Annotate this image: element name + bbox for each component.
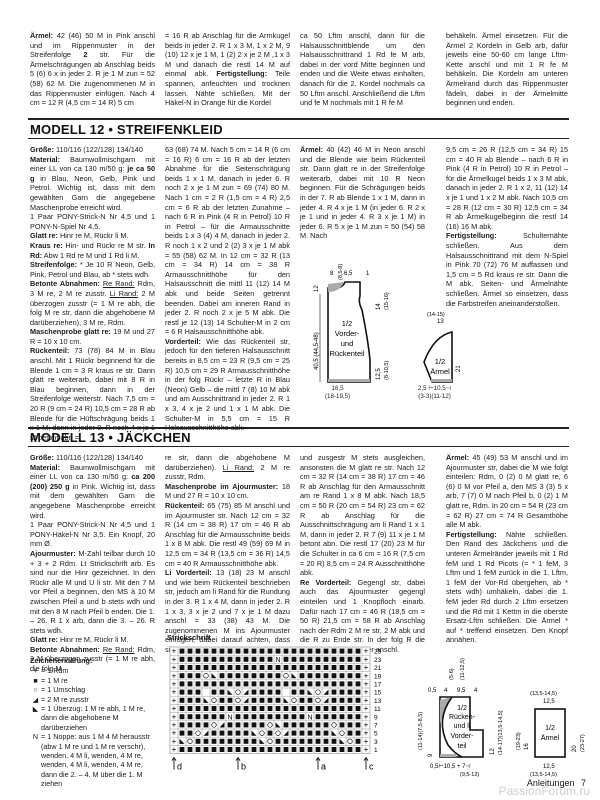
svg-text:b: b [241,762,246,772]
svg-text:und: und [341,339,354,348]
svg-text:11: 11 [374,706,381,713]
section-rule-bottom [28,138,569,139]
svg-text:+: + [364,745,369,754]
svg-text:teil: teil [458,743,467,750]
svg-text:1/2: 1/2 [545,725,555,732]
svg-text:13: 13 [374,698,382,705]
svg-text:17: 17 [374,682,382,689]
svg-text:0,5: 0,5 [428,688,437,694]
modell13-schematic-diagram: 1/2 Rücken- und li Vorder- teil 0,5 4 9,… [400,650,600,778]
svg-text:9: 9 [374,714,378,721]
svg-text:N: N [307,714,312,721]
svg-text:12,5: 12,5 [376,368,382,380]
section-rule-top [28,427,569,429]
modell13-col-2: re str, dann die abgehobene M darüberzie… [165,453,290,654]
legend-symbol-icon: ○ [30,685,41,694]
svg-text:12,5: 12,5 [543,699,555,705]
svg-text:4: 4 [474,688,478,694]
modell12-col-2: 63 (68) 74 M. Nach 5 cm = 14 R (6 cm = 1… [165,145,290,433]
svg-text:(15-16): (15-16) [384,292,390,310]
svg-text:19: 19 [374,673,382,680]
legend-item: ◣= 1 Überzug: 1 M re abh, 1 M re, dann d… [30,704,160,732]
legend-description: = 1 Überzug: 1 M re abh, 1 M re, dann di… [41,704,160,732]
top-continuation-col-2: = 16 R ab Anschlag für die Armkugel beid… [165,31,290,108]
svg-text:N: N [275,657,280,664]
section-heading-modell-13: MODELL 13 • JÄCKCHEN [30,430,191,445]
legend-description: = 1 M re [41,676,160,685]
svg-text:Ärmel: Ärmel [430,367,450,376]
svg-text:(8,5-9): (8,5-9) [338,264,344,280]
legend-symbol-icon: N [30,732,41,788]
legend-item: N= 1 Noppe: aus 1 M 4 M herausstr (abw 1… [30,732,160,788]
svg-text:9: 9 [428,753,434,757]
svg-text:(13,5-14,5): (13,5-14,5) [530,691,557,697]
svg-text:9,5: 9,5 [457,688,466,694]
svg-text:(23-27): (23-27) [580,734,586,752]
legend-item: ■= 1 M re [30,676,160,685]
legend-description: = 1 Umschlag [41,685,160,694]
top-continuation-col-4: behäkeln. Ärmel einsetzen. Für die Ärmel… [446,31,568,108]
modell12-col-1: Größe: 110/116 (122/128) 134/140Material… [30,145,155,442]
svg-text:(19-23): (19-23) [516,732,522,750]
svg-text:12,5: 12,5 [543,764,555,770]
watermark: PassionForum.ru [499,784,590,798]
modell13-col-4: Ärmel: 45 (49) 53 M anschl und im Ajourm… [446,453,568,645]
svg-text:1/2: 1/2 [342,319,352,328]
svg-text:4: 4 [444,688,448,694]
svg-text:40,5 (44,5-48): 40,5 (44,5-48) [314,332,320,370]
modell12-col-3: Ärmel: 40 (42) 46 M in Neon anschl und d… [300,145,425,241]
svg-text:14: 14 [376,303,382,310]
svg-text:Vorder-: Vorder- [335,329,360,338]
legend-title: Zeichenerklärung: [30,656,160,665]
svg-text:1/2: 1/2 [457,705,467,712]
svg-text:N: N [227,714,232,721]
svg-text:6,5: 6,5 [344,271,353,277]
legend-description: = 1 Noppe: aus 1 M 4 M herausstr (abw 1 … [41,732,160,788]
svg-text:Rückenteil: Rückenteil [329,349,364,358]
legend-symbol-icon: ◢ [30,695,41,704]
svg-text:+: + [172,745,177,754]
svg-text:1: 1 [374,747,378,754]
top-continuation-col-3: ca 50 Lftm anschl, dann für die Halsauss… [300,31,425,108]
svg-text:12: 12 [490,748,496,755]
svg-text:c: c [369,762,374,772]
legend-symbol-icon: ◣ [30,704,41,732]
svg-text:25: 25 [374,649,382,656]
top-continuation-col-1: Ärmel: 42 (46) 50 M in Pink anschl und i… [30,31,155,108]
knitting-chart-title: Strickschrift [167,633,211,642]
legend-description: = 2 M re zusstr [41,695,160,704]
svg-text:(14-15): (14-15) [427,312,445,318]
svg-text:(9,5-12): (9,5-12) [460,772,479,778]
svg-text:13: 13 [437,319,444,325]
section-heading-modell-12: MODELL 12 • STREIFENKLEID [30,122,223,137]
modell12-schematic-diagram: 1/2 Vorder- und Rückenteil 8 6,5 1 (8,5-… [300,240,460,385]
svg-text:Ärmel: Ärmel [541,734,560,742]
section-rule-top [28,118,569,120]
svg-text:0,5⊢10,5 + 7⊣: 0,5⊢10,5 + 7⊣ [430,763,471,770]
svg-text:7: 7 [374,723,378,730]
svg-text:12: 12 [314,285,320,292]
modell12-body-bottom-dims: 16,5 (18-19,5) [325,385,350,400]
svg-text:und li: und li [454,723,471,730]
modell13-col-3: und zusgestr M stets ausgleichen, ansons… [300,453,425,654]
section-rule-bottom [28,446,569,447]
svg-text:23: 23 [374,657,382,664]
knitting-chart: ++25+N+23++21++19++17++15++13++11+NN+9++… [168,645,398,795]
modell12-col-4: 9,5 cm = 26 R (12,5 cm = 34 R) 15 cm = 4… [446,145,568,308]
svg-text:1/2: 1/2 [435,357,445,366]
modell13-col-1: Größe: 110/116 (122/128) 134/140Material… [30,453,155,674]
legend-item: ◢= 2 M re zusstr [30,695,160,704]
symbol-legend: Zeichenerklärung: += 1 Rdm■= 1 M re○= 1 … [30,656,160,789]
svg-text:(14-17)(13,5-14,5): (14-17)(13,5-14,5) [498,710,504,755]
svg-text:21: 21 [374,665,382,672]
svg-text:(5-6): (5-6) [449,668,455,680]
legend-symbol-icon: + [30,666,41,675]
svg-text:3: 3 [374,739,378,746]
legend-symbol-icon: ■ [30,676,41,685]
svg-text:1: 1 [366,271,370,277]
svg-text:(11-14)(7,5-8,5): (11-14)(7,5-8,5) [418,712,424,750]
modell12-sleeve-bottom-dims: 2,5 ⊢10,5⊣ (3-3)(11-12) [418,385,451,400]
svg-text:20: 20 [572,745,578,752]
svg-text:15: 15 [374,690,382,697]
svg-text:Rücken-: Rücken- [449,714,476,721]
legend-item: ○= 1 Umschlag [30,685,160,694]
legend-description: = 1 Rdm [41,666,160,675]
svg-text:Vorder-: Vorder- [451,733,475,740]
svg-text:a: a [321,762,326,772]
svg-text:d: d [177,762,182,772]
svg-text:21: 21 [456,365,460,372]
svg-text:16: 16 [524,743,530,750]
svg-text:(11-12,5): (11-12,5) [460,658,466,680]
legend-item: += 1 Rdm [30,666,160,675]
svg-text:8: 8 [330,271,334,277]
svg-text:(8-10,5): (8-10,5) [384,361,390,380]
svg-text:5: 5 [374,731,378,738]
